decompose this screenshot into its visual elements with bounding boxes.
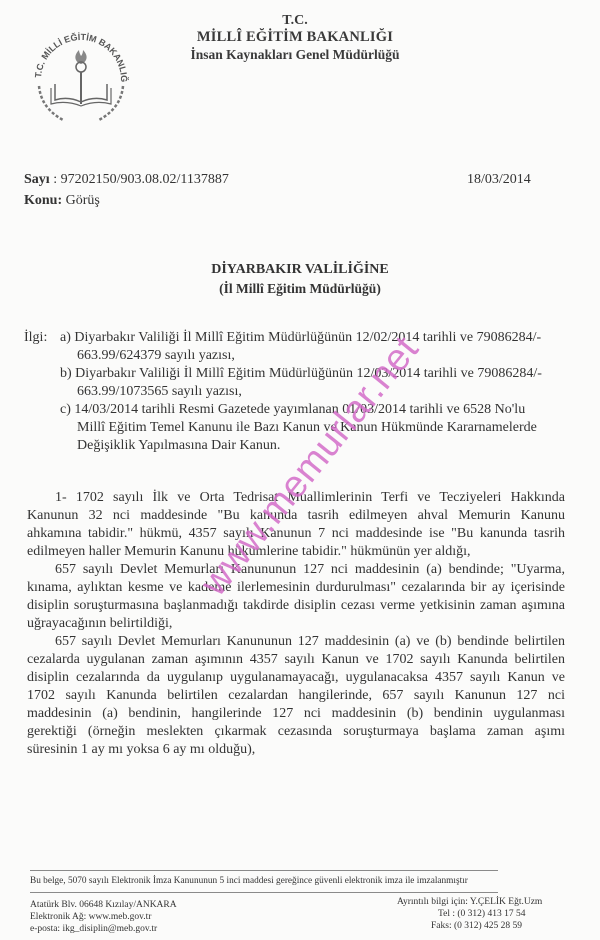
footer-web[interactable]: Elektronik Ağ: www.meb.gov.tr	[30, 912, 151, 922]
footer-tel: Tel : (0 312) 413 17 54	[438, 909, 525, 919]
footer-rule-top	[30, 870, 498, 871]
ilgi-line: b) Diyarbakır Valiliği İl Millî Eğitim M…	[60, 366, 542, 382]
sayi-label: Sayı	[24, 172, 50, 187]
konu-value: Görüş	[66, 193, 100, 208]
header-department: İnsan Kaynakları Genel Müdürlüğü	[170, 47, 420, 63]
ilgi-line: 663.99/624379 sayılı yazısı,	[77, 348, 235, 364]
header-tc: T.C.	[170, 13, 420, 29]
ilgi-line: a) Diyarbakır Valiliği İl Millî Eğitim M…	[60, 330, 541, 346]
header-ministry: MİLLÎ EĞİTİM BAKANLIĞI	[170, 29, 420, 46]
sayi-value: : 97202150/903.08.02/1137887	[53, 172, 229, 187]
footer-rule-bottom	[30, 892, 498, 893]
official-letter-page: T.C. MİLLİ EĞİTİM BAKANLIĞI T.C. MİLLÎ E…	[0, 0, 600, 940]
document-date: 18/03/2014	[467, 172, 531, 188]
addressee-title: DİYARBAKIR VALİLİĞİNE	[150, 262, 450, 278]
ilgi-line: c) 14/03/2014 tarihli Resmi Gazetede yay…	[60, 402, 525, 418]
footer-contact: Ayrıntılı bilgi için: Y.ÇELİK Eğt.Uzm	[397, 897, 542, 907]
footer-address: Atatürk Blv. 06648 Kızılay/ANKARA	[30, 900, 177, 910]
body-line: disiplin cezalarında da uygulanıp uygula…	[27, 670, 565, 686]
esign-note: Bu belge, 5070 sayılı Elektronik İmza Ka…	[30, 876, 468, 886]
addressee-subtitle: (İl Millî Eğitim Müdürlüğü)	[150, 281, 450, 297]
konu-label: Konu:	[24, 193, 62, 208]
body-line: 657 sayılı Devlet Memurları Kanununun 12…	[55, 634, 565, 650]
body-line: ahkamına tabidir." hükmü, 4357 sayılı Ka…	[27, 526, 565, 542]
body-line: edilmeyen haller Memurin Kanunu hükümler…	[27, 544, 565, 560]
body-line: maddesinin (a) bendinin, hangilerinde 12…	[27, 706, 565, 722]
body-line: cezalarda uygulanan zaman aşımının 4357 …	[27, 652, 565, 668]
ilgi-line: Değişiklik Yapılmasına Dair Kanun.	[77, 438, 280, 454]
ilgi-line: Millî Eğitim Temel Kanunu ile Bazı Kanun…	[77, 420, 537, 436]
body-line: kınama, aylıktan kesme ve kademe ilerlem…	[27, 580, 565, 596]
ilgi-line: 663.99/1073565 sayılı yazısı,	[77, 384, 242, 400]
body-line: 1- 1702 sayılı İlk ve Orta Tedrisat Mual…	[55, 490, 565, 506]
footer-fax: Faks: (0 312) 425 28 59	[431, 921, 522, 931]
body-line: gerektiği (örneğin meslekten çıkarmak ce…	[27, 724, 565, 740]
body-line: uğrayacağının belirtildiği,	[27, 616, 565, 632]
body-line: 1702 sayılı Kanunda belirtilen cezalarda…	[27, 688, 565, 704]
body-line: 657 sayılı Devlet Memurları Kanununun 12…	[55, 562, 565, 578]
body-line: disiplin soruşturmasına başlanmadığı tak…	[27, 598, 565, 614]
ilgi-label: İlgi:	[24, 330, 47, 346]
subject: Konu: Görüş	[24, 193, 100, 209]
body-line: süresinin 1 ay mı yoksa 6 ay mı olduğu),	[27, 742, 565, 758]
body-line: Kanunun 32 nci maddesinde "Bu kanunda ta…	[27, 508, 565, 524]
reference-number: Sayı : 97202150/903.08.02/1137887	[24, 172, 229, 188]
footer-email[interactable]: e-posta: ikg_disiplin@meb.gov.tr	[30, 924, 157, 934]
ministry-logo-icon: T.C. MİLLİ EĞİTİM BAKANLIĞI	[27, 22, 135, 130]
